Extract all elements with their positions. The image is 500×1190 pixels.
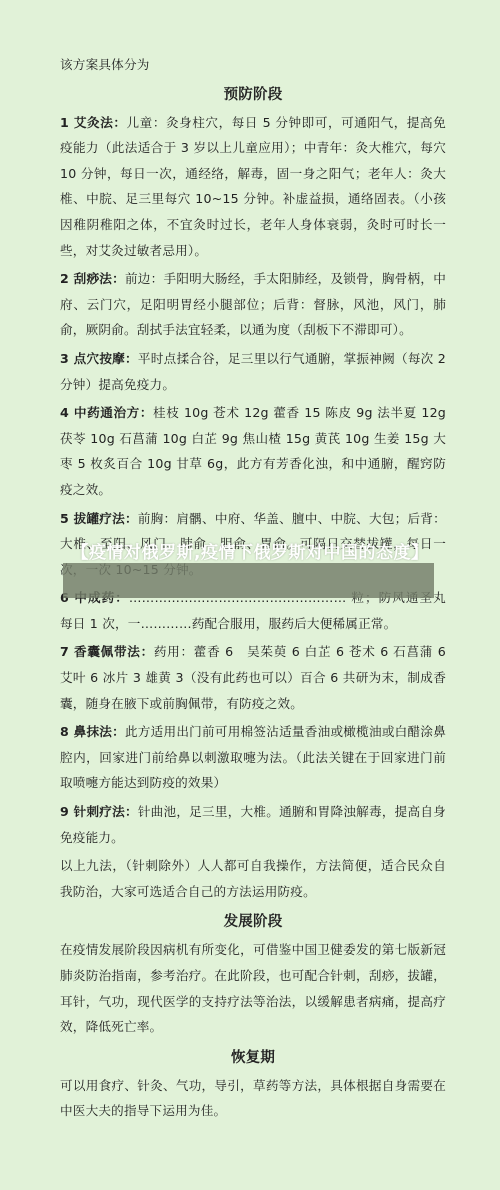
method-lead: 2 刮痧法： [60,271,125,286]
method-lead: 3 点穴按摩： [60,351,138,366]
method-item: 9 针刺疗法：针曲池，足三里，大椎。通腑和胃降浊解毒，提高自身免疫能力。 [60,799,446,850]
method-item: 3 点穴按摩：平时点揉合谷，足三里以行气通腑，掌振神阙（每次 2 分钟）提高免疫… [60,346,446,397]
method-text: 儿童：灸身柱穴，每日 5 分钟即可，可通阳气，提高免疫能力（此法适合于 3 岁以… [60,115,446,258]
headline-banner-text[interactable]: 【疫情对俄罗斯,疫情下俄罗斯对中国的态度】 [50,540,450,566]
method-item: 2 刮痧法：前边：手阳明大肠经，手太阳肺经，及锁骨，胸骨柄，中府、云门穴，足阳明… [60,266,446,343]
method-lead: 8 鼻抹法： [60,724,125,739]
method-item: 8 鼻抹法：此方适用出门前可用棉签沾适量香油或橄榄油或白醋涂鼻腔内，回家进门前给… [60,719,446,796]
method-item: 1 艾灸法：儿童：灸身柱穴，每日 5 分钟即可，可通阳气，提高免疫能力（此法适合… [60,110,446,264]
method-item: 4 中药通治方：桂枝 10g 苍术 12g 藿香 15 陈皮 9g 法半夏 12… [60,400,446,502]
intro-text: 该方案具体分为 [60,52,446,78]
method-lead: 5 拔罐疗法： [60,511,138,526]
method-lead: 1 艾灸法： [60,115,127,130]
method-lead: 9 针刺疗法： [60,804,138,819]
method-item: 7 香囊佩带法：药用：藿香 6 吴茱萸 6 白芷 6 苍术 6 石菖蒲 6 艾叶… [60,639,446,716]
section-title-recovery: 恢复期 [60,1043,446,1073]
prevention-summary: 以上九法，（针刺除外）人人都可自我操作，方法简便，适合民众自我防治，大家可选适合… [60,853,446,904]
development-text: 在疫情发展阶段因病机有所变化，可借鉴中国卫健委发的第七版新冠肺炎防治指南，参考治… [60,937,446,1039]
section-title-prevention: 预防阶段 [60,80,446,110]
headline-banner [63,563,434,598]
method-lead: 7 香囊佩带法： [60,644,154,659]
section-title-development: 发展阶段 [60,907,446,937]
method-lead: 4 中药通治方： [60,405,153,420]
recovery-text: 可以用食疗、针灸、气功，导引，草药等方法，具体根据自身需要在中医大夫的指导下运用… [60,1073,446,1124]
